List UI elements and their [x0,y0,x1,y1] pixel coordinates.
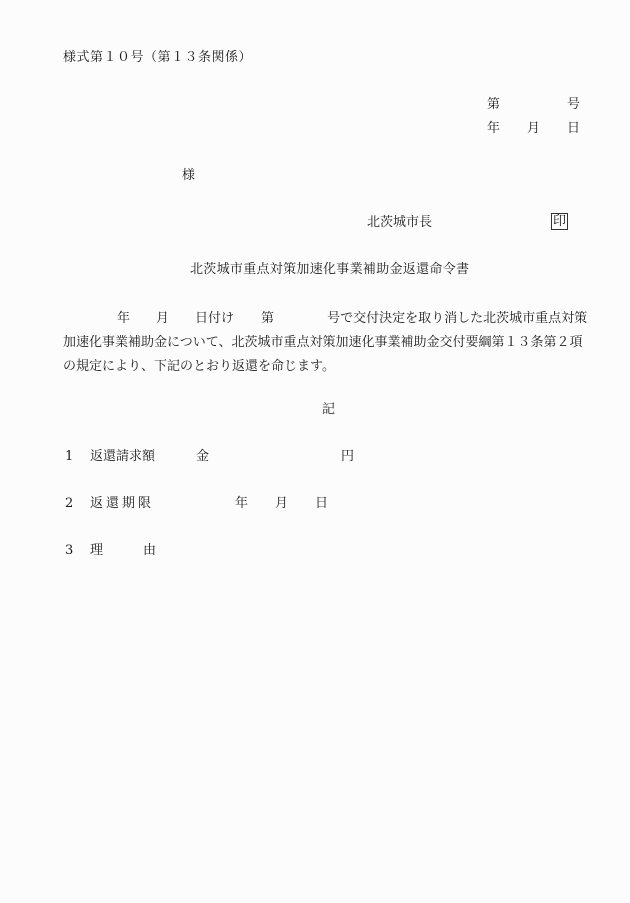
body-line1-rest: 号で交付決定を取り消した北茨城市重点対策 [327,311,587,326]
addressee-honorific: 様 [182,169,195,182]
item-1-amount-suffix: 円 [341,450,354,463]
item-2-year: 年 [235,497,248,510]
item-1-number: 1 [65,450,73,463]
item-1-amount-prefix: 金 [196,450,209,463]
seal-mark: 印 [551,213,568,230]
item-1-label: 返還請求額 [90,450,155,463]
body-line-1: 年月日付け第号で交付決定を取り消した北茨城市重点対策 [63,307,599,331]
body-year: 年 [117,311,130,326]
reference-date-year: 年 [487,122,500,135]
item-2-label: 返還期限 [90,497,154,510]
item-3-number: 3 [65,544,73,557]
issuer-name: 北茨城市長 [367,216,432,229]
item-3-label-part1: 理 [90,544,103,557]
document-title: 北茨城市重点対策加速化事業補助金返還命令書 [190,263,469,276]
body-number-prefix: 第 [261,311,274,326]
reference-date-day: 日 [567,122,580,135]
item-2-month: 月 [275,497,288,510]
reference-number-prefix: 第 [487,98,500,111]
body-month: 月 [156,311,169,326]
form-number: 様式第１０号（第１３条関係） [63,51,252,64]
item-2-day: 日 [315,497,328,510]
body-day-dated: 日付け [195,311,234,326]
item-2-number: 2 [65,497,73,510]
reference-date-month: 月 [527,122,540,135]
reference-number-suffix: 号 [567,98,580,111]
ki-heading: 記 [322,403,335,416]
body-line-2: 加速化事業補助金について、北茨城市重点対策加速化事業補助金交付要綱第１３条第２項 [63,331,599,355]
item-3-label-part2: 由 [143,544,156,557]
body-paragraph: 年月日付け第号で交付決定を取り消した北茨城市重点対策 加速化事業補助金について、… [63,307,599,379]
body-line-3: の規定により、下記のとおり返還を命じます。 [63,355,599,379]
